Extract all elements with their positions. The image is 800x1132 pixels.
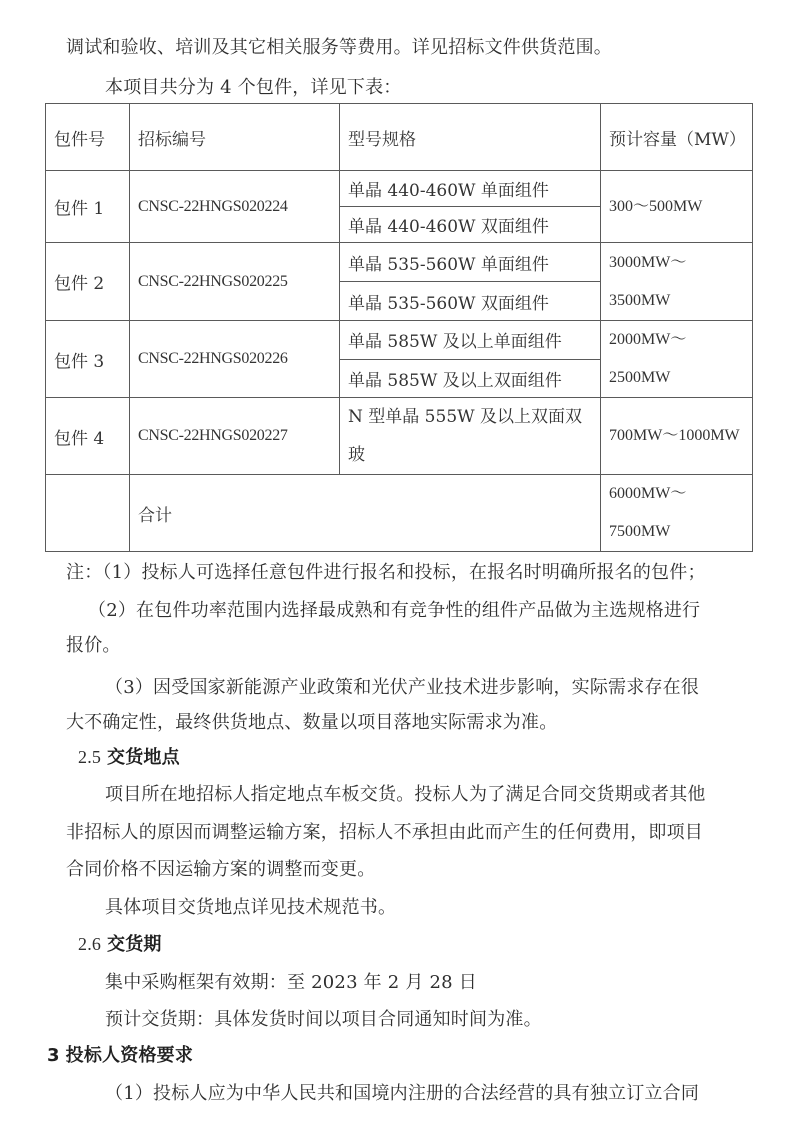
note-2-line-1: （2）在包件功率范围内选择最成熟和有竞争性的组件产品做为主选规格进行 [88,599,700,623]
section-number: 3 [47,1045,60,1066]
spec-cell: 单晶 585W 及以上双面组件 [340,359,601,398]
intro-line-1: 调试和验收、培训及其它相关服务等费用。详见招标文件供货范围。 [66,36,612,60]
section-title: 交货期 [107,934,162,955]
spec-cell: 单晶 585W 及以上单面组件 [340,321,601,360]
spec-cell: 单晶 440-460W 双面组件 [340,207,601,243]
package-cell: 包件 4 [46,398,130,475]
section-3-paragraph-1: （1）投标人应为中华人民共和国境内注册的合法经营的具有独立订立合同 [105,1082,699,1106]
spec-cell: N 型单晶 555W 及以上双面双 玻 [340,398,601,475]
spec-cell: 单晶 535-560W 单面组件 [340,243,601,282]
section-2-5-heading: 2.5 交货地点 [78,745,180,770]
header-spec: 型号规格 [340,104,601,171]
section-number: 2.5 [78,747,101,767]
header-package: 包件号 [46,104,130,171]
capacity-line: 7500MW [609,513,744,551]
spec-line: 玻 [348,436,592,474]
table-row: 包件 4 CNSC-22HNGS020227 N 型单晶 555W 及以上双面双… [46,398,753,475]
capacity-line: 2000MW～ [609,321,744,359]
capacity-line: 6000MW～ [609,475,744,513]
empty-cell [46,475,130,552]
capacity-cell: 3000MW～ 3500MW [601,243,753,321]
code-cell: CNSC-22HNGS020224 [130,171,340,243]
note-1: 注：（1）投标人可选择任意包件进行报名和投标，在报名时明确所报名的包件； [66,561,706,585]
capacity-cell: 300～500MW [601,171,753,243]
table-total-row: 合计 6000MW～ 7500MW [46,475,753,552]
package-cell: 包件 2 [46,243,130,321]
capacity-cell: 2000MW～ 2500MW [601,321,753,398]
table-row: 包件 1 CNSC-22HNGS020224 单晶 440-460W 单面组件 … [46,171,753,207]
note-3-line-1: （3）因受国家新能源产业政策和光伏产业技术进步影响，实际需求存在很 [105,676,699,700]
code-cell: CNSC-22HNGS020227 [130,398,340,475]
spec-cell: 单晶 440-460W 单面组件 [340,171,601,207]
section-2-5-paragraph-1b: 非招标人的原因而调整运输方案，招标人不承担由此而产生的任何费用，即项目 [66,821,703,845]
section-title: 投标人资格要求 [66,1045,193,1066]
section-number: 2.6 [78,934,101,954]
capacity-line: 3000MW～ [609,244,744,282]
section-2-5-paragraph-1a: 项目所在地招标人指定地点车板交货。投标人为了满足合同交货期或者其他 [105,783,706,807]
spec-line: N 型单晶 555W 及以上双面双 [348,398,592,436]
section-3-heading: 3 投标人资格要求 [47,1044,193,1068]
table-row: 包件 3 CNSC-22HNGS020226 单晶 585W 及以上单面组件 2… [46,321,753,360]
header-capacity: 预计容量（MW） [601,104,753,171]
table-header-row: 包件号 招标编号 型号规格 预计容量（MW） [46,104,753,171]
spec-cell: 单晶 535-560W 双面组件 [340,282,601,321]
header-code: 招标编号 [130,104,340,171]
total-label: 合计 [130,475,601,552]
package-cell: 包件 3 [46,321,130,398]
intro-line-2: 本项目共分为 4 个包件，详见下表： [105,76,402,100]
package-table: 包件号 招标编号 型号规格 预计容量（MW） 包件 1 CNSC-22HNGS0… [45,103,753,552]
code-cell: CNSC-22HNGS020226 [130,321,340,398]
capacity-cell: 700MW～1000MW [601,398,753,475]
code-cell: CNSC-22HNGS020225 [130,243,340,321]
capacity-line: 3500MW [609,282,744,320]
section-title: 交货地点 [107,747,180,768]
package-cell: 包件 1 [46,171,130,243]
total-capacity-cell: 6000MW～ 7500MW [601,475,753,552]
note-3-line-2: 大不确定性，最终供货地点、数量以项目落地实际需求为准。 [66,711,557,735]
capacity-line: 2500MW [609,359,744,397]
section-2-5-paragraph-2: 具体项目交货地点详见技术规范书。 [105,896,396,920]
section-2-6-heading: 2.6 交货期 [78,932,162,957]
section-2-5-paragraph-1c: 合同价格不因运输方案的调整而变更。 [66,858,375,882]
table-row: 包件 2 CNSC-22HNGS020225 单晶 535-560W 单面组件 … [46,243,753,282]
note-2-line-2: 报价。 [66,634,121,658]
section-2-6-paragraph-2: 预计交货期：具体发货时间以项目合同通知时间为准。 [105,1008,542,1032]
section-2-6-paragraph-1: 集中采购框架有效期：至 2023 年 2 月 28 日 [105,971,477,995]
